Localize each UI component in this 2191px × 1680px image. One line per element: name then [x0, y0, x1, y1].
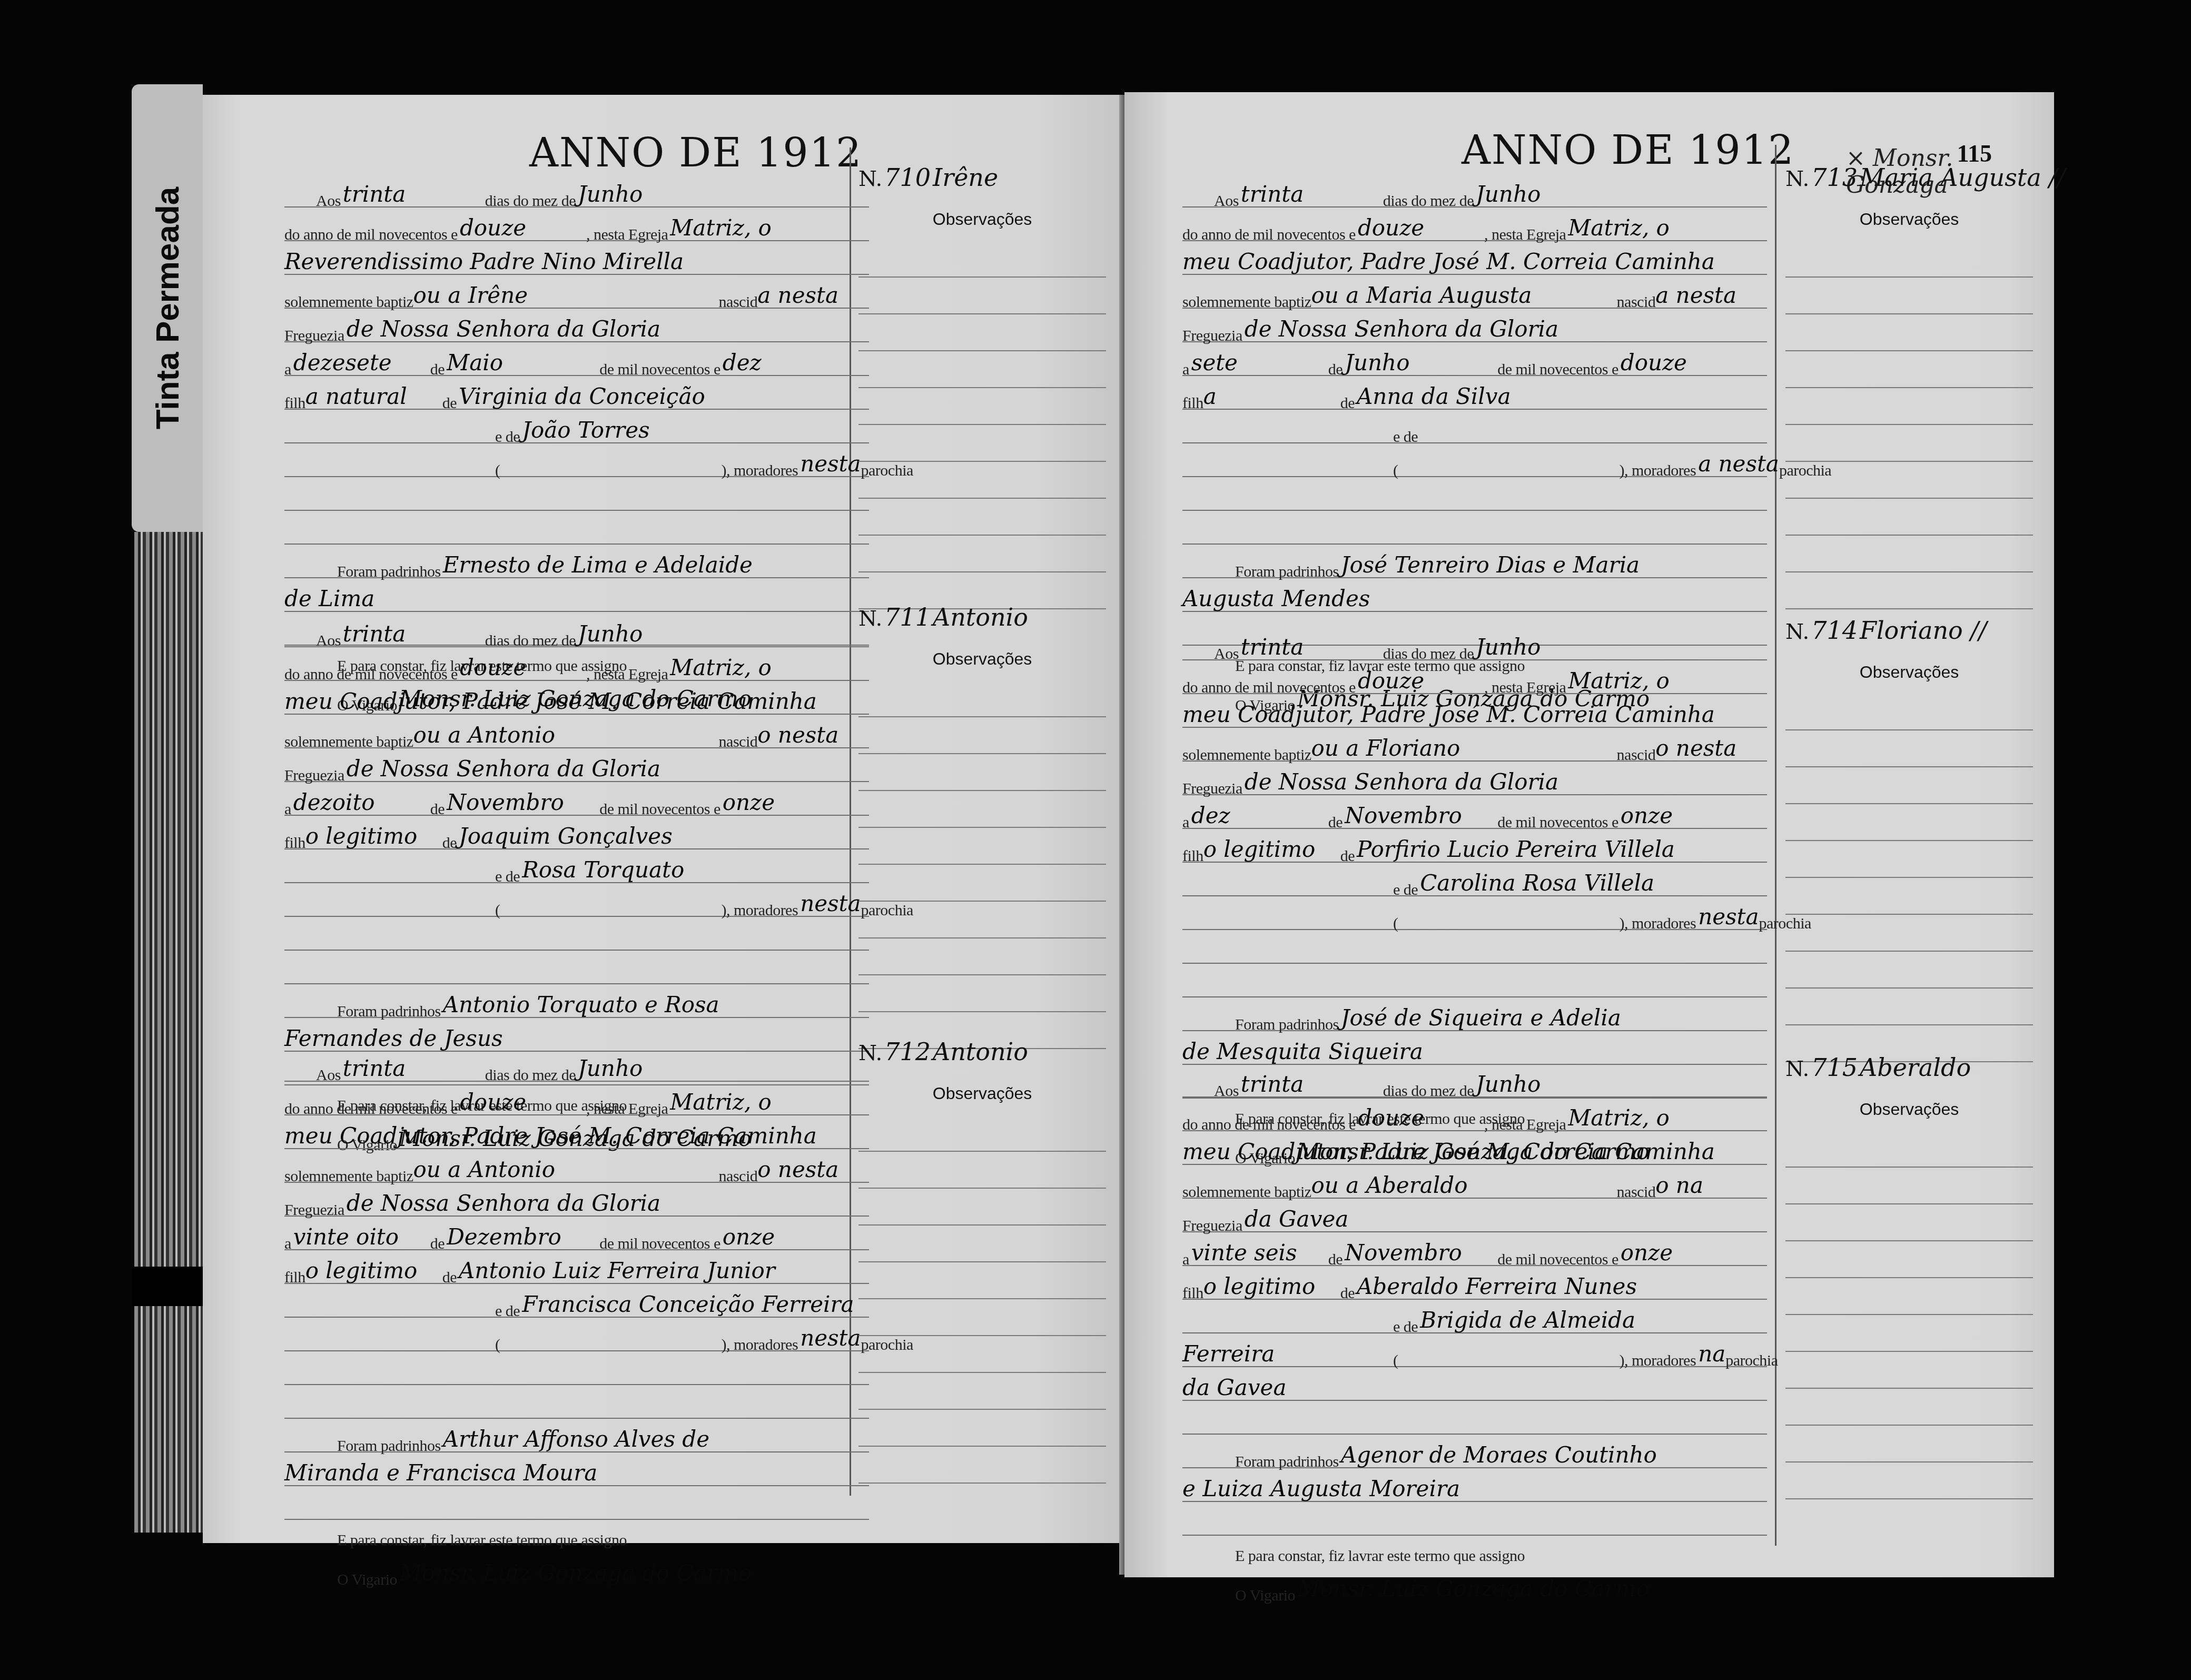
handwritten-e-de: João Torres — [522, 417, 649, 443]
handwritten-padrinhos-1: Antonio Torquato e Rosa — [443, 992, 719, 1017]
handwritten-anno: douze — [1358, 215, 1484, 241]
handwritten-baptizou: ou a Maria Augusta — [1311, 282, 1617, 308]
printed-numero: N. — [1785, 620, 1809, 644]
printed-o-vigario: O Vigario — [1235, 1587, 1295, 1604]
handwritten-pai-ou-mae: Porfirio Lucio Pereira Villela — [1357, 836, 1675, 862]
handwritten-padrinhos-2: Augusta Mendes — [1182, 586, 1370, 611]
handwritten-filiacao: a — [1203, 383, 1340, 409]
handwritten-celebrante: meu Coadjutor, Padre José M. Correia Cam… — [284, 1123, 817, 1149]
handwritten-moradores-suffix: nesta — [800, 1325, 861, 1351]
handwritten-anno: douze — [1358, 1105, 1484, 1131]
printed-observacoes: Observações — [1785, 210, 2033, 229]
handwritten-dia: trinta — [343, 1055, 485, 1081]
printed-numero: N. — [858, 1041, 882, 1065]
handwritten-padrinhos-2: de Mesquita Siqueira — [1182, 1039, 1423, 1064]
handwritten-nasc-mez: Novembro — [447, 789, 599, 815]
handwritten-filiacao: o legitimo — [1203, 836, 1340, 862]
handwritten-margin-name: Floriano // — [1860, 616, 1987, 645]
handwritten-egreja: Matriz, o — [1568, 1105, 1670, 1131]
handwritten-baptizou: ou a Antonio — [413, 1157, 719, 1182]
printed-observacoes: Observações — [858, 1084, 1106, 1103]
handwritten-filiacao: o legitimo — [305, 1258, 442, 1283]
handwritten-celebrante: Reverendissimo Padre Nino Mirella — [284, 249, 684, 274]
handwritten-celebrante: meu Coadjutor, Padre José M. Correia Cam… — [1182, 1139, 1715, 1164]
handwritten-moradores-suffix: a nesta — [1698, 451, 1779, 477]
handwritten-e-de: Francisca Conceição Ferreira — [522, 1291, 854, 1317]
handwritten-mez: Junho — [578, 181, 643, 207]
handwritten-dia: trinta — [1241, 634, 1383, 660]
handwritten-egreja: Matriz, o — [1568, 668, 1670, 694]
handwritten-mez: Junho — [1476, 1071, 1541, 1097]
handwritten-anno: douze — [1358, 668, 1484, 694]
handwritten-pai-ou-mae: Aberaldo Ferreira Nunes — [1357, 1273, 1637, 1299]
handwritten-moradores-suffix: nesta — [800, 451, 861, 477]
handwritten-nasc-anno: dez — [723, 350, 762, 375]
observations-column: N. 711 Antonio Observações — [858, 603, 1106, 1049]
handwritten-nasc-dia: dezesete — [293, 350, 430, 375]
handwritten-padrinhos-1: Ernesto de Lima e Adelaide — [443, 552, 753, 578]
printed-numero: N. — [858, 167, 882, 191]
tab-label: Tinta Permeada — [149, 187, 186, 430]
book-page-edges — [134, 532, 203, 1533]
handwritten-nascida-suffix: o nesta — [1655, 735, 1736, 761]
handwritten-baptizou: ou a Antonio — [413, 722, 719, 748]
baptism-entry: Aos trintadias do mez de Junho do anno d… — [1182, 1064, 1767, 1601]
handwritten-number: 711 — [884, 603, 931, 631]
handwritten-filiacao: o legitimo — [1203, 1273, 1340, 1299]
handwritten-e-de: Carolina Rosa Villela — [1420, 870, 1654, 896]
handwritten-nasc-mez: Novembro — [1345, 803, 1497, 828]
handwritten-freguezia: de Nossa Senhora da Gloria — [347, 756, 660, 782]
handwritten-nasc-anno: onze — [723, 789, 775, 815]
handwritten-e-de-cont: Ferreira — [1182, 1341, 1393, 1367]
handwritten-moradores-suffix: nesta — [1698, 904, 1759, 930]
handwritten-dia: trinta — [1241, 1071, 1383, 1097]
handwritten-egreja: Matriz, o — [670, 655, 772, 680]
handwritten-freguezia: de Nossa Senhora da Gloria — [1245, 316, 1558, 342]
handwritten-mez: Junho — [578, 621, 643, 647]
handwritten-margin-name: Antonio — [933, 1037, 1028, 1066]
printed-numero: N. — [1785, 1057, 1809, 1081]
handwritten-padrinhos-2: Miranda e Francisca Moura — [284, 1460, 597, 1486]
right-page: ANNO DE 1912 115 × Monsr. Gonzaga Aos tr… — [1124, 92, 2054, 1577]
handwritten-number: 712 — [884, 1037, 931, 1066]
printed-para-constar: E para constar, fiz lavrar este termo qu… — [337, 1531, 627, 1549]
left-page: ANNO DE 1912 Aos trintadias do mez de Ju… — [203, 95, 1124, 1543]
handwritten-nasc-dia: vinte seis — [1191, 1240, 1328, 1266]
handwritten-number: 713 — [1811, 163, 1858, 192]
handwritten-mez: Junho — [1476, 634, 1541, 660]
handwritten-anno: douze — [460, 215, 586, 241]
handwritten-padrinhos-1: Arthur Affonso Alves de — [443, 1426, 709, 1452]
handwritten-freguezia: de Nossa Senhora da Gloria — [347, 316, 660, 342]
handwritten-nascida-suffix: o na — [1655, 1172, 1703, 1198]
baptism-entry: Aos trintadias do mez de Junho do anno d… — [284, 1048, 869, 1585]
handwritten-egreja: Matriz, o — [670, 1089, 772, 1115]
handwritten-nascida-suffix: a nesta — [757, 282, 838, 308]
handwritten-margin-name: Maria Augusta // — [1860, 163, 2065, 192]
observations-column: N. 710 Irêne Observações — [858, 163, 1106, 609]
handwritten-baptizou: ou a Irêne — [413, 282, 719, 308]
handwritten-nasc-mez: Junho — [1345, 350, 1497, 375]
handwritten-pai-ou-mae: Virginia da Conceição — [459, 383, 705, 409]
handwritten-number: 714 — [1811, 616, 1858, 645]
handwritten-egreja: Matriz, o — [670, 215, 772, 241]
handwritten-nasc-mez: Novembro — [1345, 1240, 1497, 1266]
printed-para-constar: E para constar, fiz lavrar este termo qu… — [1235, 1547, 1525, 1565]
handwritten-extra-line: da Gavea — [1182, 1375, 1287, 1400]
handwritten-mez: Junho — [1476, 181, 1541, 207]
handwritten-nasc-anno: onze — [1621, 1240, 1673, 1266]
handwritten-nasc-mez: Dezembro — [447, 1224, 599, 1250]
handwritten-dia: trinta — [1241, 181, 1383, 207]
handwritten-celebrante: meu Coadjutor, Padre José M. Correia Cam… — [1182, 701, 1715, 727]
handwritten-margin-name: Antonio — [933, 603, 1028, 631]
handwritten-padrinhos-2: Fernandes de Jesus — [284, 1025, 503, 1051]
handwritten-nascida-suffix: a nesta — [1655, 282, 1736, 308]
page-header-year: ANNO DE 1912 — [529, 129, 862, 176]
handwritten-number: 715 — [1811, 1053, 1858, 1082]
handwritten-moradores-suffix: nesta — [800, 891, 861, 916]
handwritten-celebrante: meu Coadjutor, Padre José M. Correia Cam… — [284, 688, 817, 714]
handwritten-number: 710 — [884, 163, 931, 192]
handwritten-e-de: Rosa Torquato — [522, 857, 684, 883]
handwritten-pai-ou-mae: Anna da Silva — [1357, 383, 1511, 409]
handwritten-pai-ou-mae: Joaquim Gonçalves — [459, 823, 673, 849]
handwritten-filiacao: a natural — [305, 383, 442, 409]
handwritten-dia: trinta — [343, 181, 485, 207]
handwritten-padrinhos-1: José de Siqueira e Adelia — [1341, 1005, 1621, 1031]
handwritten-vigario: Monsr. Luiz Gonzaga do Carmo — [1297, 1576, 1650, 1602]
observations-column: N. 712 Antonio Observações — [858, 1037, 1106, 1484]
printed-observacoes: Observações — [858, 210, 1106, 229]
handwritten-padrinhos-2: de Lima — [284, 586, 374, 611]
handwritten-padrinhos-1: Agenor de Moraes Coutinho — [1341, 1442, 1657, 1468]
tinta-permeada-tab: Tinta Permeada — [132, 84, 203, 532]
printed-observacoes: Observações — [1785, 1100, 2033, 1119]
handwritten-e-de: Brigida de Almeida — [1420, 1307, 1635, 1333]
handwritten-mez: Junho — [578, 1055, 643, 1081]
handwritten-nasc-anno: onze — [723, 1224, 775, 1250]
handwritten-pai-ou-mae: Antonio Luiz Ferreira Junior — [459, 1258, 775, 1283]
handwritten-anno: douze — [460, 1089, 586, 1115]
handwritten-anno: douze — [460, 655, 586, 680]
handwritten-nascida-suffix: o nesta — [757, 1157, 838, 1182]
handwritten-baptizou: ou a Floriano — [1311, 735, 1617, 761]
page-header-year: ANNO DE 1912 — [1462, 126, 1794, 173]
handwritten-dia: trinta — [343, 621, 485, 647]
observations-column: N. 714 Floriano // Observações — [1785, 616, 2033, 1062]
handwritten-margin-name: Aberaldo — [1860, 1053, 1971, 1082]
handwritten-freguezia: de Nossa Senhora da Gloria — [1245, 769, 1558, 795]
handwritten-vigario: Monsr. Luiz Gonzaga do Carmo — [399, 1560, 752, 1586]
handwritten-nasc-dia: sete — [1191, 350, 1328, 375]
column-divider — [1775, 145, 1777, 1546]
printed-o-vigario: O Vigario — [337, 1571, 397, 1588]
observations-column: N. 715 Aberaldo Observações — [1785, 1053, 2033, 1499]
handwritten-nasc-dia: dez — [1191, 803, 1328, 828]
handwritten-egreja: Matriz, o — [1568, 215, 1670, 241]
printed-observacoes: Observações — [1785, 663, 2033, 682]
handwritten-nasc-anno: douze — [1621, 350, 1687, 375]
handwritten-padrinhos-2: e Luiza Augusta Moreira — [1182, 1476, 1460, 1501]
handwritten-nasc-mez: Maio — [447, 350, 599, 375]
printed-numero: N. — [858, 607, 882, 631]
handwritten-moradores-suffix: na — [1698, 1341, 1725, 1367]
observations-column: N. 713 Maria Augusta // Observações — [1785, 163, 2033, 609]
handwritten-nasc-anno: onze — [1621, 803, 1673, 828]
handwritten-baptizou: ou a Aberaldo — [1311, 1172, 1617, 1198]
handwritten-nasc-dia: vinte oito — [293, 1224, 430, 1250]
handwritten-filiacao: o legitimo — [305, 823, 442, 849]
handwritten-celebrante: meu Coadjutor, Padre José M. Correia Cam… — [1182, 249, 1715, 274]
handwritten-margin-name: Irêne — [933, 163, 998, 192]
handwritten-freguezia: de Nossa Senhora da Gloria — [347, 1190, 660, 1216]
printed-numero: N. — [1785, 167, 1809, 191]
handwritten-freguezia: da Gavea — [1245, 1206, 1349, 1232]
handwritten-nasc-dia: dezoito — [293, 789, 430, 815]
printed-observacoes: Observações — [858, 649, 1106, 669]
handwritten-nascida-suffix: o nesta — [757, 722, 838, 748]
handwritten-padrinhos-1: José Tenreiro Dias e Maria — [1341, 552, 1640, 578]
